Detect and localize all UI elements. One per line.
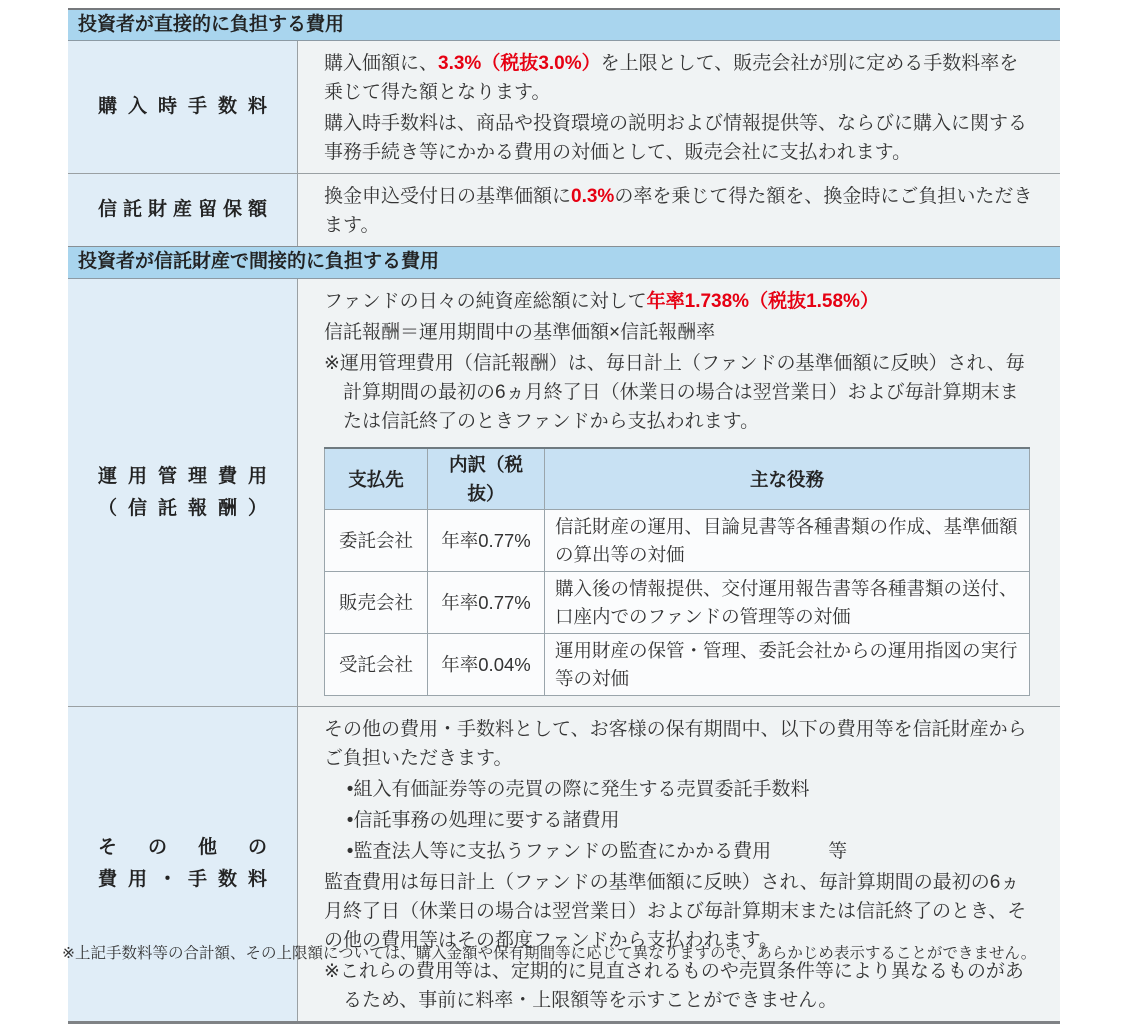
payee-cell: 受託会社: [325, 634, 428, 696]
role-cell: 運用財産の保管・管理、委託会社からの運用指図の実行等の対価: [545, 634, 1030, 696]
purchase-fee-label-cell: 購入時手数料: [68, 41, 298, 173]
management-fee-label-line2: （信託報酬）: [68, 493, 297, 525]
section-header-direct-costs: 投資者が直接的に負担する費用: [68, 8, 1060, 41]
row-other-fees: その他の 費用・手数料 その他の費用・手数料として、お客様の保有期間中、以下の費…: [68, 707, 1060, 1024]
role-cell: 購入後の情報提供、交付運用報告書等各種書類の送付、口座内でのファンドの管理等の対…: [545, 572, 1030, 634]
retention-label-cell: 信託財産留保額: [68, 174, 298, 246]
management-fee-text-pre: ファンドの日々の純資産総額に対して: [324, 291, 647, 312]
retention-content: 換金申込受付日の基準価額に0.3%の率を乗じて得た額を、換金時にご負担いただきま…: [298, 174, 1060, 246]
purchase-fee-paragraph-2: 購入時手数料は、商品や投資環境の説明および情報提供等、ならびに購入に関する事務手…: [324, 109, 1035, 167]
role-cell: 信託財産の運用、目論見書等各種書類の作成、基準価額の算出等の対価: [545, 510, 1030, 572]
list-item: •監査法人等に支払うファンドの監査にかかる費用 等: [324, 837, 1035, 866]
row-purchase-fee: 購入時手数料 購入価額に、3.3%（税抜3.0%）を上限として、販売会社が別に定…: [68, 41, 1060, 174]
other-fees-paragraph-1: その他の費用・手数料として、お客様の保有期間中、以下の費用等を信託財産からご負担…: [324, 715, 1035, 773]
retention-label: 信託財産留保額: [68, 194, 297, 226]
list-item: •組入有価証券等の売買の際に発生する売買委託手数料: [324, 775, 1035, 804]
management-fee-content: ファンドの日々の純資産総額に対して年率1.738%（税抜1.58%） 信託報酬＝…: [298, 279, 1060, 706]
purchase-fee-rate-highlight: 3.3%（税抜3.0%）: [438, 53, 601, 74]
management-fee-rate-highlight: 年率1.738%（税抜1.58%）: [647, 291, 879, 312]
table-row: 受託会社 年率0.04% 運用財産の保管・管理、委託会社からの運用指図の実行等の…: [325, 634, 1030, 696]
rate-cell: 年率0.77%: [428, 510, 545, 572]
other-fees-label-line2: 費用・手数料: [68, 864, 297, 896]
retention-rate-highlight: 0.3%: [571, 186, 614, 207]
payee-breakdown-table: 支払先 内訳（税抜） 主な役務 委託会社 年率0.77% 信託財産の運用、目論見…: [324, 447, 1030, 696]
fee-table: 投資者が直接的に負担する費用 購入時手数料 購入価額に、3.3%（税抜3.0%）…: [68, 8, 1060, 1024]
footnote: ※上記手数料等の合計額、その上限額については、購入金額や保有期間等に応じて異なり…: [62, 944, 1122, 964]
other-fees-label-line1: その他の: [68, 832, 297, 864]
table-row: 販売会社 年率0.77% 購入後の情報提供、交付運用報告書等各種書類の送付、口座…: [325, 572, 1030, 634]
list-item: •信託事務の処理に要する諸費用: [324, 806, 1035, 835]
management-fee-formula: 信託報酬＝運用期間中の基準価額×信託報酬率: [324, 318, 1035, 347]
row-management-fee: 運用管理費用 （信託報酬） ファンドの日々の純資産総額に対して年率1.738%（…: [68, 279, 1060, 707]
retention-paragraph: 換金申込受付日の基準価額に0.3%の率を乗じて得た額を、換金時にご負担いただきま…: [324, 182, 1035, 240]
other-fees-paragraph-2: 監査費用は毎日計上（ファンドの基準価額に反映）され、毎計算期間の最初の6ヵ月終了…: [324, 868, 1035, 955]
section-header-indirect-costs: 投資者が信託財産で間接的に負担する費用: [68, 246, 1060, 279]
other-fees-label-cell: その他の 費用・手数料: [68, 707, 298, 1021]
purchase-fee-label: 購入時手数料: [68, 91, 297, 123]
row-retention-amount: 信託財産留保額 換金申込受付日の基準価額に0.3%の率を乗じて得た額を、換金時に…: [68, 174, 1060, 246]
other-fees-content: その他の費用・手数料として、お客様の保有期間中、以下の費用等を信託財産からご負担…: [298, 707, 1060, 1021]
payee-table-header-rate: 内訳（税抜）: [428, 448, 545, 510]
purchase-fee-text-pre: 購入価額に、: [324, 53, 438, 74]
payee-cell: 委託会社: [325, 510, 428, 572]
other-fees-note: ※これらの費用等は、定期的に見直されるものや売買条件等により異なるものがあるため…: [324, 957, 1035, 1015]
management-fee-label-line1: 運用管理費用: [68, 461, 297, 493]
retention-text-pre: 換金申込受付日の基準価額に: [324, 186, 571, 207]
purchase-fee-content: 購入価額に、3.3%（税抜3.0%）を上限として、販売会社が別に定める手数料率を…: [298, 41, 1060, 173]
purchase-fee-paragraph-1: 購入価額に、3.3%（税抜3.0%）を上限として、販売会社が別に定める手数料率を…: [324, 49, 1035, 107]
management-fee-note: ※運用管理費用（信託報酬）は、毎日計上（ファンドの基準価額に反映）され、毎計算期…: [324, 349, 1035, 436]
rate-cell: 年率0.04%: [428, 634, 545, 696]
rate-cell: 年率0.77%: [428, 572, 545, 634]
section-header-direct-costs-label: 投資者が直接的に負担する費用: [78, 14, 344, 35]
payee-cell: 販売会社: [325, 572, 428, 634]
section-header-indirect-costs-label: 投資者が信託財産で間接的に負担する費用: [78, 251, 439, 272]
payee-table-header-role: 主な役務: [545, 448, 1030, 510]
management-fee-label-cell: 運用管理費用 （信託報酬）: [68, 279, 298, 706]
payee-table-header-row: 支払先 内訳（税抜） 主な役務: [325, 448, 1030, 510]
table-row: 委託会社 年率0.77% 信託財産の運用、目論見書等各種書類の作成、基準価額の算…: [325, 510, 1030, 572]
management-fee-paragraph-1: ファンドの日々の純資産総額に対して年率1.738%（税抜1.58%）: [324, 287, 1035, 316]
payee-table-header-payee: 支払先: [325, 448, 428, 510]
